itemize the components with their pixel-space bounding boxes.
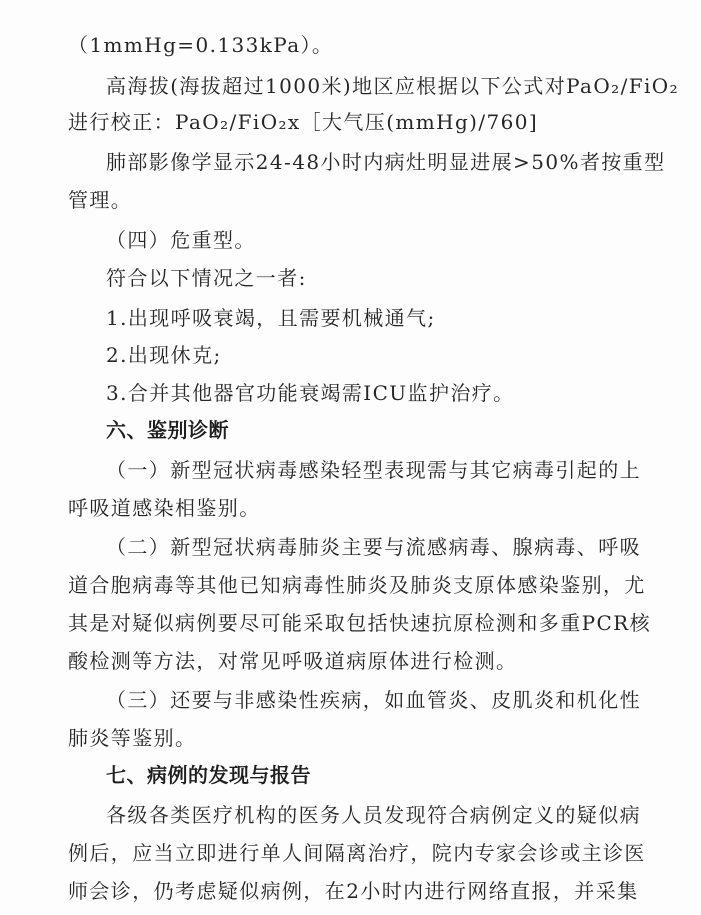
paragraph-diff-1-cont: 呼吸道感染相鉴别。 (68, 494, 261, 522)
paragraph-correction-formula: 进行校正：PaO₂/FiO₂x［大气压(mmHg)/760] (68, 108, 538, 136)
document-page: （1mmHg=0.133kPa）。 高海拔(海拔超过1000米)地区应根据以下公… (0, 0, 701, 915)
list-item-2: 2.出现休克; (106, 341, 222, 369)
list-item-1: 1.出现呼吸衰竭，且需要机械通气; (106, 304, 436, 332)
paragraph-diff-2-cont-2: 其是对疑似病例要尽可能采取包括快速抗原检测和多重PCR核 (68, 609, 626, 637)
paragraph-diff-1: （一）新型冠状病毒感染轻型表现需与其它病毒引起的上 (106, 456, 626, 484)
subsection-critical-type: （四）危重型。 (106, 226, 256, 254)
paragraph-diff-3-cont: 肺炎等鉴别。 (68, 724, 196, 752)
paragraph-diff-2-cont-1: 道合胞病毒等其他已知病毒性肺炎及肺炎支原体感染鉴别，尤 (68, 571, 626, 599)
paragraph-imaging: 肺部影像学显示24-48小时内病灶明显进展>50%者按重型 (106, 148, 626, 176)
paragraph-imaging-cont: 管理。 (68, 186, 132, 214)
paragraph-high-altitude: 高海拔(海拔超过1000米)地区应根据以下公式对PaO₂/FiO₂ (106, 72, 626, 100)
paragraph-reporting-cont-1: 例后，应当立即进行单人间隔离治疗，院内专家会诊或主诊医 (68, 839, 626, 867)
criteria-intro: 符合以下情况之一者: (106, 264, 307, 292)
section-heading-case-reporting: 七、病例的发现与报告 (106, 761, 311, 789)
paragraph-diff-2: （二）新型冠状病毒肺炎主要与流感病毒、腺病毒、呼吸 (106, 533, 626, 561)
paragraph-reporting-cont-2: 师会诊，仍考虑疑似病例，在2小时内进行网络直报，并采集 (68, 877, 626, 905)
list-item-3: 3.合并其他器官功能衰竭需ICU监护治疗。 (106, 379, 515, 407)
unit-note: （1mmHg=0.133kPa）。 (68, 31, 333, 59)
paragraph-diff-3: （三）还要与非感染性疾病，如血管炎、皮肌炎和机化性 (106, 686, 626, 714)
paragraph-reporting: 各级各类医疗机构的医务人员发现符合病例定义的疑似病 (106, 801, 626, 829)
paragraph-diff-2-cont-3: 酸检测等方法，对常见呼吸道病原体进行检测。 (68, 647, 517, 675)
section-heading-differential-diagnosis: 六、鉴别诊断 (106, 416, 229, 444)
